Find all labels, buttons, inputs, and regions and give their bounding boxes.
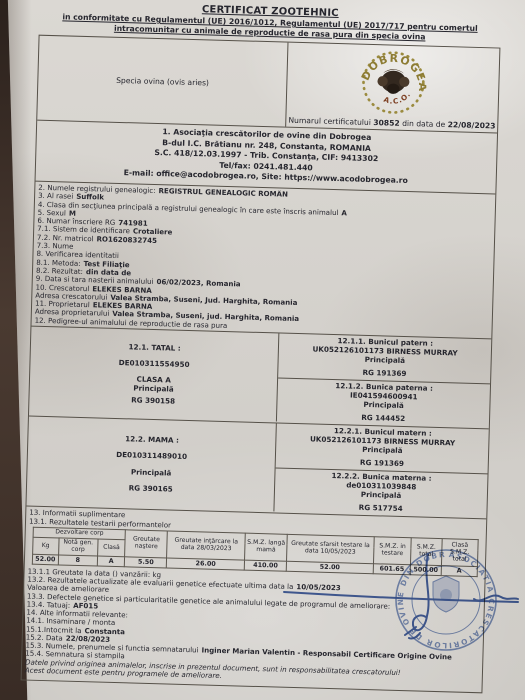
pedigree-pat-grandmother-cell: 12.1.2. Bunica paterna : IE041594600941 … [277, 378, 490, 429]
pedigree-maternal-grandparents: 12.2.1. Bunicul matern : UK052126101173 … [275, 422, 489, 518]
subcol-kg: Kg [33, 537, 59, 555]
association-seal-icon: DOBROGEA A.C.O. [359, 45, 427, 119]
cert-no-value: 30852 [373, 118, 400, 128]
cert-date-label: din data de [402, 119, 445, 129]
pedigree-grid: 12.1. TATAL : DE010311554950 CLASA A Pri… [26, 326, 491, 519]
subcol-clasa: Clasă [97, 539, 125, 557]
cert-no-label: Numarul certificatului [288, 116, 371, 127]
species-cell: Specia ovina (ovis aries) [37, 36, 289, 127]
pedigree-mat-grandfather-cell: 12.2.1. Bunicul matern : UK052126101173 … [276, 423, 489, 473]
photo-of-certificate: { "page": { "title": "CERTIFICAT ZOOTEHN… [0, 0, 525, 700]
col-greutate-nastere: Greutate naştere [125, 530, 168, 558]
col-greutate-intarcare: Greutate inţărcare la data 28/03/2023 [167, 531, 246, 560]
logo-cell: DOBROGEA A.C.O. Numarul certificatului [287, 43, 500, 133]
pedigree-father-cell: 12.1. TATAL : DE010311554950 CLASA A Pri… [29, 327, 280, 422]
subcol-nota: Notă gen. corp [58, 538, 98, 556]
pedigree-mother-cell: 12.2. MAMA : DE010311489010 Principală R… [26, 416, 277, 512]
pedigree-mat-grandmother-cell: 12.2.2. Bunica materna : de010311039848 … [275, 467, 488, 518]
cert-date-value: 22/08/2023 [448, 120, 496, 130]
animal-fields: 2. Numele registrului genealogic:REGISTR… [31, 181, 495, 339]
pedigree-paternal-grandparents: 12.1.1. Bunicul patern : UK052126101173 … [277, 334, 491, 429]
species-logo-row: Specia ovina (ovis aries) DOBROGEA [37, 36, 499, 133]
pedigree-pat-grandfather-cell: 12.1.1. Bunicul patern : UK052126101173 … [279, 334, 492, 384]
round-stamp-and-signature: ASOCIATIA CRESCATORILOR DE OVINE DIN DOB… [278, 538, 525, 678]
